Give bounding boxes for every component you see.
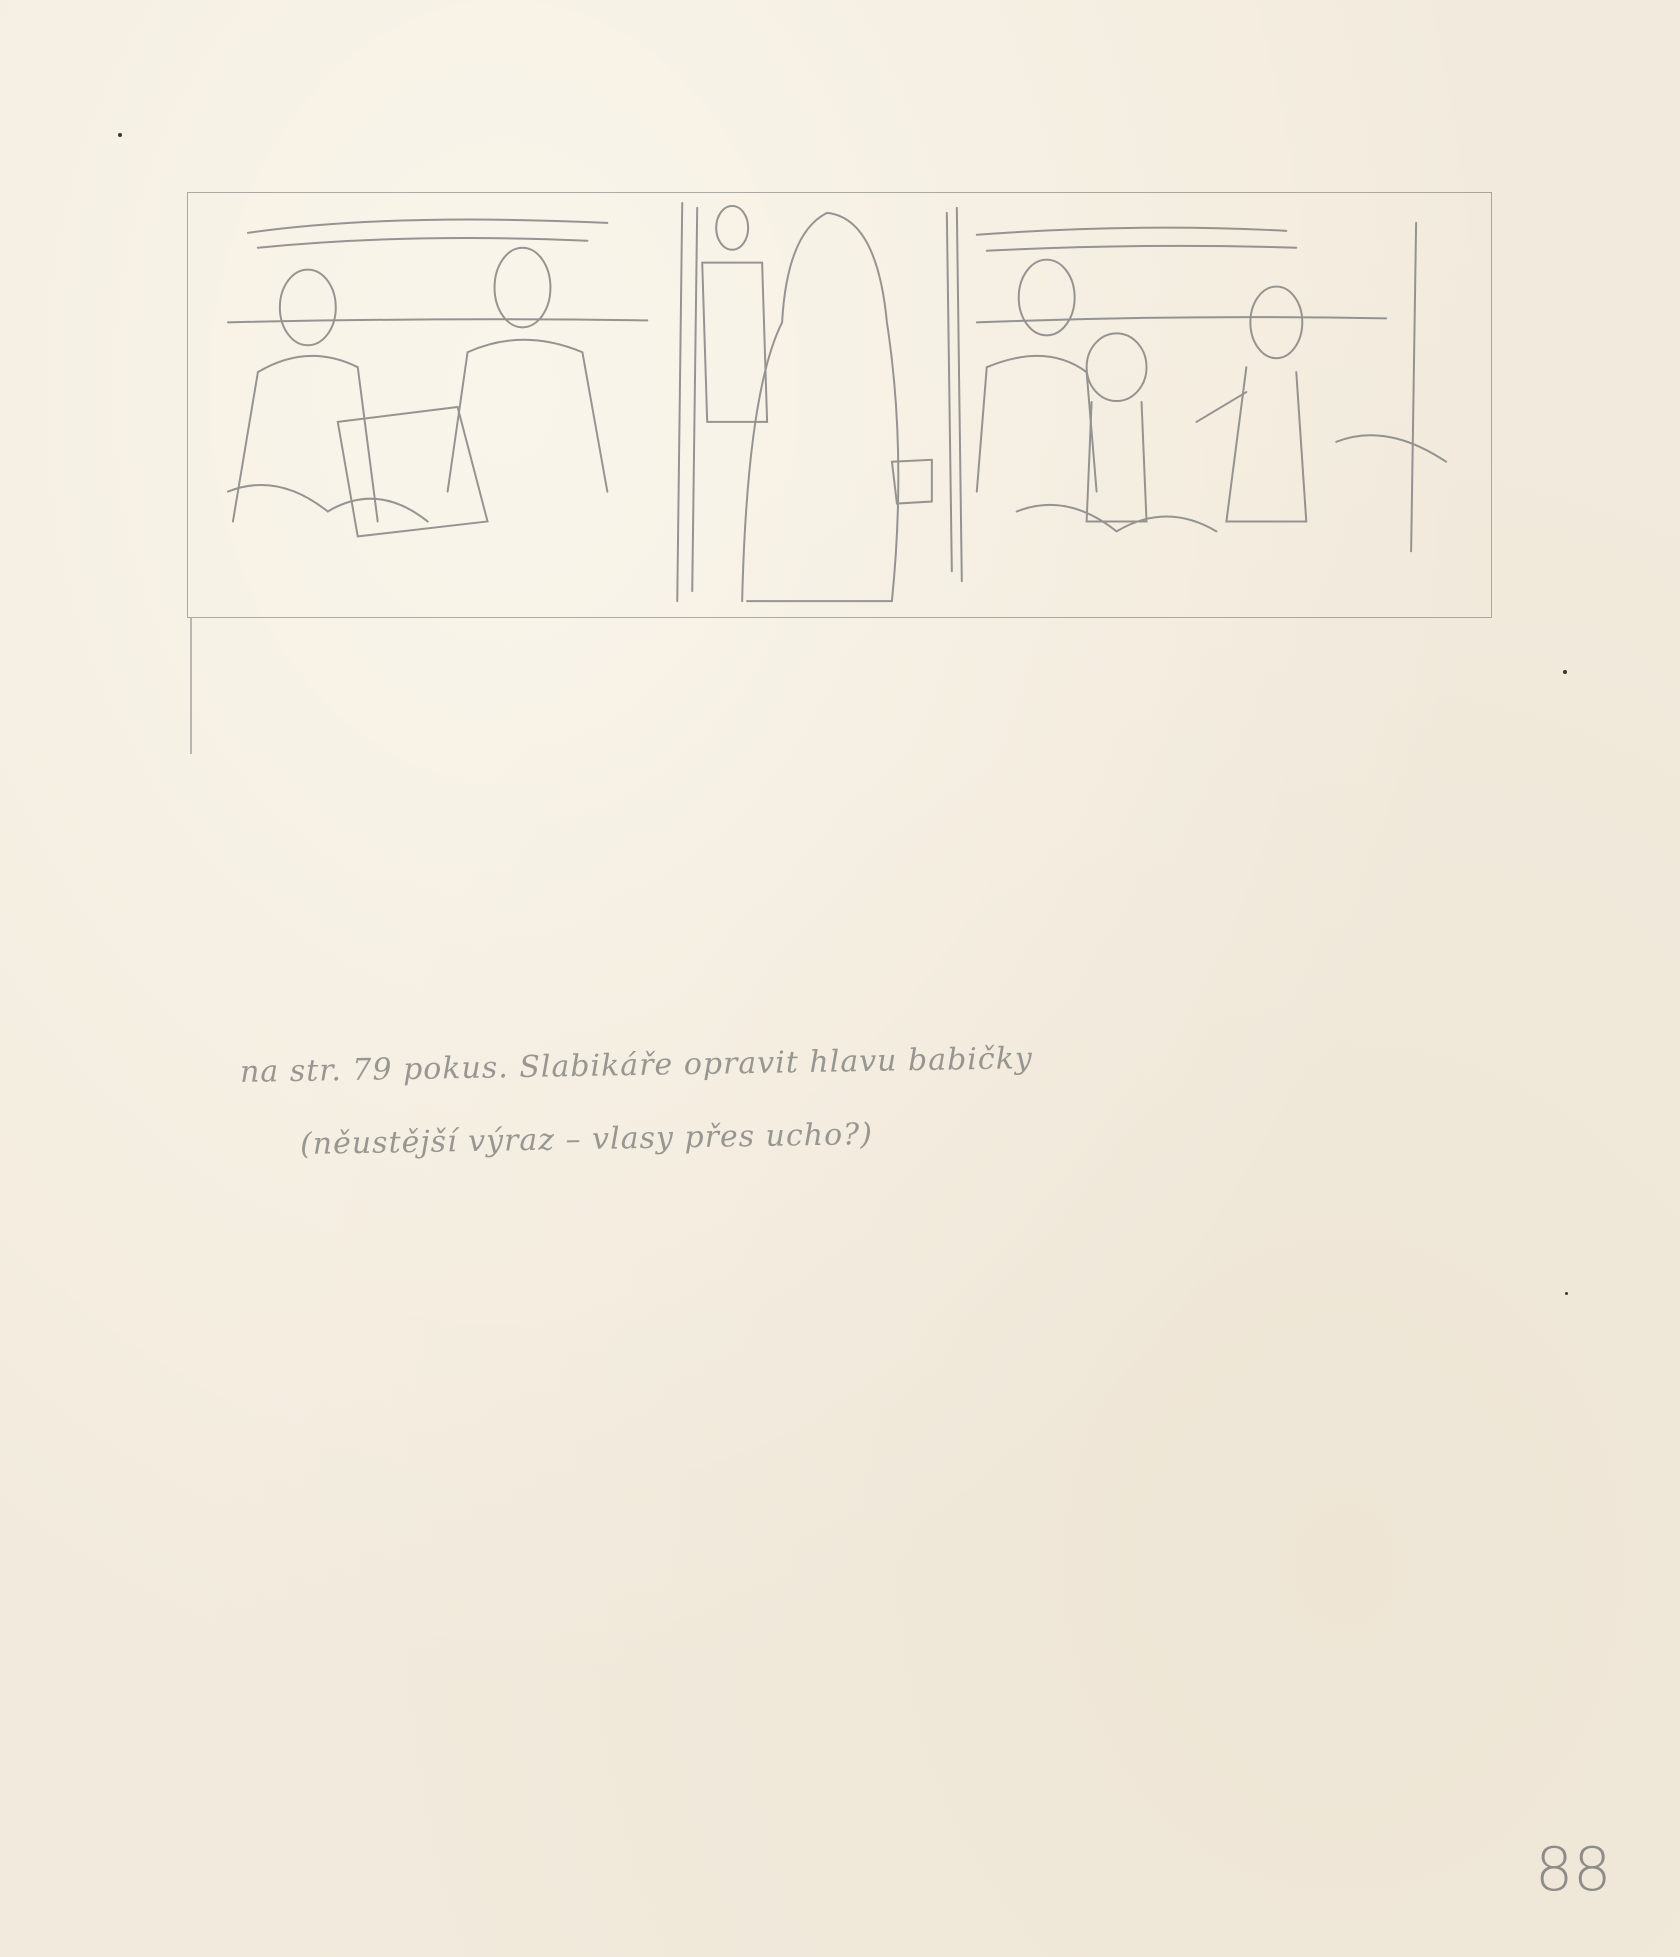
paper-speck (1563, 670, 1567, 674)
paper-sheet: na str. 79 pokus. Slabikáře opravit hlav… (0, 0, 1680, 1957)
page-number: 88 (1535, 1835, 1611, 1905)
pencil-sketch-illustration (188, 193, 1491, 617)
handwritten-note-line-2: (něustější výraz – vlasy přes ucho?) (300, 1117, 873, 1162)
paper-speck (1565, 1292, 1568, 1295)
frame-guide-line (190, 618, 192, 754)
handwritten-note-line-1: na str. 79 pokus. Slabikáře opravit hlav… (240, 1041, 1033, 1090)
sketch-illustration-frame (187, 192, 1492, 618)
paper-speck (118, 133, 122, 137)
